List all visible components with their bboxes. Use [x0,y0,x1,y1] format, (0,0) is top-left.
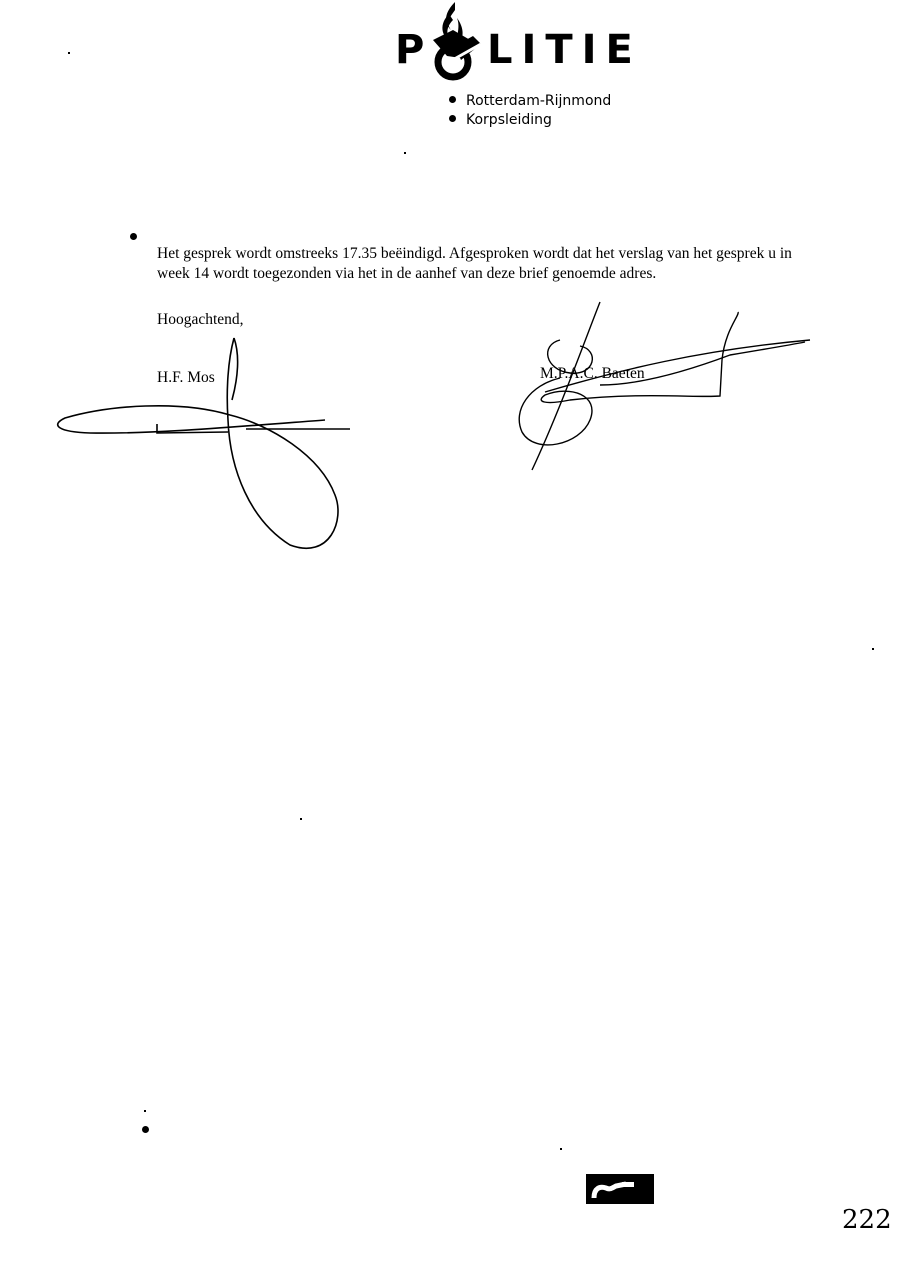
scan-speck [872,648,874,650]
scan-stamp-mark [586,1174,654,1204]
signature-marks [0,0,900,600]
scan-speck [68,52,70,54]
scan-speck [144,1110,146,1112]
stamp-glyph-icon [586,1174,654,1204]
signature-1-icon [58,338,350,548]
scan-speck [560,1148,562,1150]
scan-speck [404,152,406,154]
margin-bullet [142,1126,149,1133]
signature-2-icon [519,302,810,470]
page-number: 222 [842,1205,892,1235]
scan-speck [300,818,302,820]
